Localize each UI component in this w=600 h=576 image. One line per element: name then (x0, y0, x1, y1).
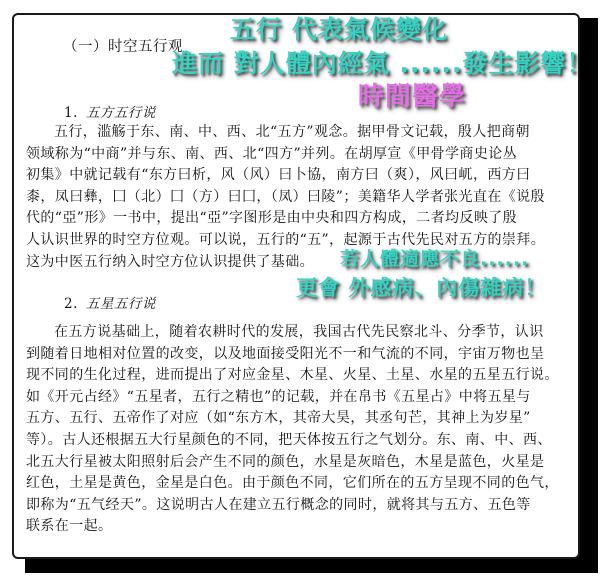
text-line: 五方、五行、五帝作了对应（如“东方木，其帝大昊，其丞句芒，其神上为岁星” (26, 408, 570, 430)
subsection-title: 五星五行说 (86, 296, 156, 312)
overlay-caption-chronomedicine: 時間醫學 (358, 76, 466, 113)
text-line: 如《开元占经》“五星者，五行之精也”的记载，并在帛书《五星占》中将五星与 (26, 387, 570, 409)
text-line: 现不同的生化过程，进而提出了对应金星、木星、火星、土星、水星的五星五行说。 (26, 365, 570, 387)
overlay-caption-maladaptation: 若人體適應不良...... (340, 244, 529, 271)
text-line: 桼，凤曰彝，囗（北）囗（方）曰囗，（凤）曰陵”；美籍华人学者张光直在《说殷 (26, 187, 570, 209)
subsection-number: 2. (64, 296, 78, 312)
text-line: 即称为“五气经天”。这说明古人在建立五行概念的同时，就将其与五方、五色等 (26, 495, 570, 517)
text-line: 初集》中就记载有“东方曰析，风（风）曰卜協，南方曰（爽），风曰屼，西方曰 (26, 165, 570, 187)
text-line: 代的“亞”形》一书中，提出“亞”字图形是由中央和四方构成，二者均反映了殷 (26, 208, 570, 230)
overlay-caption-climate: 五行 代表氣候變化 (230, 10, 448, 46)
text-line: 领域称为“中商”并与东、南、西、北“四方”并列。在胡厚宣《甲骨学商史论丛 (26, 144, 570, 166)
text-line: 五行，滥觞于东、南、中、西、北“五方”观念。据甲骨文记载，殷人把商朝 (26, 122, 570, 144)
overlay-caption-influence: 進而 對人體內經氣 ......發生影響！ (172, 44, 592, 80)
text-line: 到随着日地相对位置的改变，以及地面接受阳光不一和气流的不同，宇宙万物也呈 (26, 344, 570, 366)
section-title: （一）时空五行观 (63, 35, 183, 56)
subsection-title: 五方五行说 (86, 105, 156, 121)
subsection-number: 1. (64, 105, 78, 121)
subsection-heading-1: 1.五方五行说 (64, 101, 156, 121)
text-line: 等）。古人还根据五大行星颜色的不同，把天体按五行之气划分。东、南、中、西、 (26, 430, 570, 452)
text-line: 北五大行星被太阳照射后会产生不同的颜色，水星是灰暗色，木星是蓝色，火星是 (26, 452, 570, 474)
text-line: 联系在一起。 (26, 516, 570, 538)
paragraph-wuxing: 在五方说基础上，随着农耕时代的发展，我国古代先民察北斗、分季节，认识 到随着日地… (26, 322, 570, 538)
text-line: 红色，土星是黄色，金星是白色。由于颜色不同，它们所在的五方呈现不同的色气， (26, 473, 570, 495)
overlay-caption-diseases: 更會 外感病、內傷雜病！ (296, 272, 546, 302)
subsection-heading-2: 2.五星五行说 (64, 292, 156, 312)
text-line: 在五方说基础上，随着农耕时代的发展，我国古代先民察北斗、分季节，认识 (26, 322, 570, 344)
